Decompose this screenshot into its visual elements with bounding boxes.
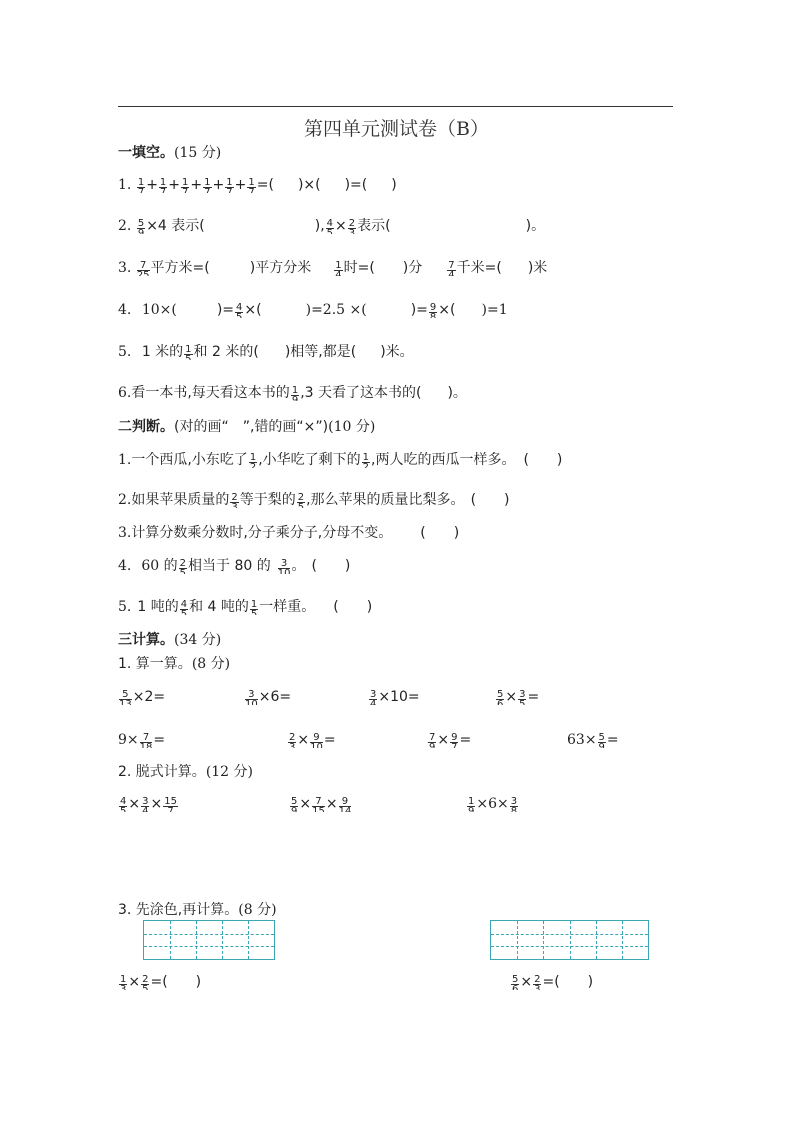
coloring-right-expression: 56×23=( ) bbox=[510, 972, 593, 992]
fraction: 34 bbox=[141, 797, 149, 812]
fill-q5: 5. 1 米的15和 2 米的()相等,都是()米。 bbox=[118, 342, 414, 362]
answer-paren[interactable]: =( ) bbox=[542, 974, 593, 990]
fraction: 59 bbox=[137, 219, 145, 234]
fraction: 17 bbox=[137, 178, 145, 193]
calc-part1-label: 1. 算一算。(8 分) bbox=[118, 654, 230, 674]
fraction: 513 bbox=[119, 690, 132, 705]
fraction: 56 bbox=[496, 690, 504, 705]
fraction: 15 bbox=[250, 600, 258, 615]
answer-paren[interactable]: =( ) bbox=[150, 974, 201, 990]
fill-q6: 6.看一本书,每天看这本书的19,3 天看了这本书的()。 bbox=[118, 383, 467, 403]
answer-paren[interactable]: ( ) bbox=[311, 558, 350, 574]
fraction: 56 bbox=[511, 975, 519, 990]
coloring-grid-left[interactable] bbox=[143, 920, 275, 960]
judge-q1: 1.一个西瓜,小东吃了12,小华吃了剩下的12,两人吃的西瓜一样多。( ) bbox=[118, 450, 562, 470]
judge-q3: 3.计算分数乘分数时,分子乘分子,分母不变。( ) bbox=[118, 523, 459, 543]
fraction: 715 bbox=[312, 797, 325, 812]
fraction: 59 bbox=[598, 733, 606, 748]
answer-paren[interactable]: ( ) bbox=[420, 525, 459, 541]
fraction: 310 bbox=[278, 559, 291, 574]
calc-item: 9×718= bbox=[118, 730, 165, 750]
fraction: 45 bbox=[180, 600, 188, 615]
fraction: 23 bbox=[230, 493, 238, 508]
fill-q3: 3. 725平方米=()平方分米14时=()分74千米=()米 bbox=[118, 258, 547, 278]
grid-dashed-line bbox=[144, 934, 274, 935]
section1-heading: 一填空。(15 分) bbox=[118, 143, 221, 163]
grid-dashed-line bbox=[596, 921, 597, 959]
grid-dashed-line bbox=[622, 921, 623, 959]
calc-item: 310×6= bbox=[244, 687, 291, 707]
page-title: 第四单元测试卷（B） bbox=[0, 114, 793, 141]
fraction: 14 bbox=[334, 261, 342, 276]
fraction: 23 bbox=[288, 733, 296, 748]
fraction: 25 bbox=[141, 975, 149, 990]
fraction: 19 bbox=[467, 797, 475, 812]
grid-dashed-line bbox=[491, 946, 648, 947]
header-rule bbox=[118, 106, 673, 107]
answer-paren[interactable]: ( ) bbox=[471, 492, 510, 508]
fraction: 45 bbox=[235, 303, 243, 318]
grid-dashed-line bbox=[222, 921, 223, 959]
fraction: 725 bbox=[137, 261, 150, 276]
coloring-left-expression: 13×25=( ) bbox=[118, 972, 201, 992]
fill-q4: 4. 10×()=45×()=2.5 ×()=98×()=1 bbox=[118, 300, 508, 320]
fraction: 17 bbox=[203, 178, 211, 193]
fraction: 15 bbox=[184, 345, 192, 360]
grid-dashed-line bbox=[517, 921, 518, 959]
calc-item: 23×910= bbox=[287, 730, 336, 750]
fraction: 19 bbox=[291, 386, 299, 401]
calc-part2-label: 2. 脱式计算。(12 分) bbox=[118, 762, 253, 782]
fraction: 74 bbox=[447, 261, 455, 276]
calc-item: 59×715×914 bbox=[289, 794, 352, 814]
calc-item: 19×6×38 bbox=[466, 794, 519, 814]
fraction: 310 bbox=[245, 690, 258, 705]
fraction: 17 bbox=[181, 178, 189, 193]
fraction: 17 bbox=[247, 178, 255, 193]
fraction: 17 bbox=[225, 178, 233, 193]
calc-item: 34×10= bbox=[368, 687, 420, 707]
fraction: 12 bbox=[362, 453, 370, 468]
fraction: 910 bbox=[310, 733, 323, 748]
judge-q4: 4.6060 的 的25相当于 80 的310。( ) bbox=[118, 556, 350, 576]
fill-q1: 1. 17+17+17+17+17+17=()×()=() bbox=[118, 175, 397, 195]
fraction: 59 bbox=[290, 797, 298, 812]
grid-dashed-line bbox=[491, 934, 648, 935]
grid-dashed-line bbox=[196, 921, 197, 959]
answer-paren[interactable]: ( ) bbox=[333, 599, 372, 615]
calc-item: 45×34×157 bbox=[118, 794, 179, 814]
fraction: 35 bbox=[518, 690, 526, 705]
fraction: 914 bbox=[339, 797, 352, 812]
judge-q2: 2.如果苹果质量的23等于梨的25,那么苹果的质量比梨多。( ) bbox=[118, 490, 510, 510]
calc-item: 79×97= bbox=[427, 730, 471, 750]
fraction: 17 bbox=[159, 178, 167, 193]
section2-heading: 二判断。(对的画“ ”,错的画“×”)(10 分) bbox=[118, 417, 375, 437]
calc-item: 513×2= bbox=[118, 687, 165, 707]
fraction: 13 bbox=[119, 975, 127, 990]
fill-q2: 2. 59×4 表示(),45×23表示()。 bbox=[118, 216, 545, 236]
grid-dashed-line bbox=[144, 946, 274, 947]
grid-dashed-line bbox=[248, 921, 249, 959]
grid-dashed-line bbox=[570, 921, 571, 959]
calc-item: 56×35= bbox=[495, 687, 539, 707]
fraction: 98 bbox=[429, 303, 437, 318]
coloring-grid-right[interactable] bbox=[490, 920, 649, 960]
fraction: 45 bbox=[326, 219, 334, 234]
fraction: 25 bbox=[297, 493, 305, 508]
fraction: 12 bbox=[249, 453, 257, 468]
fraction: 34 bbox=[369, 690, 377, 705]
fraction: 45 bbox=[119, 797, 127, 812]
fraction: 25 bbox=[179, 559, 187, 574]
fraction: 97 bbox=[450, 733, 458, 748]
fraction: 23 bbox=[348, 219, 356, 234]
answer-paren[interactable]: ( ) bbox=[523, 452, 562, 468]
calc-part3-label: 3. 先涂色,再计算。(8 分) bbox=[118, 900, 277, 920]
grid-dashed-line bbox=[170, 921, 171, 959]
calc-item: 63×59= bbox=[567, 730, 619, 750]
grid-dashed-line bbox=[543, 921, 544, 959]
fraction: 157 bbox=[163, 797, 178, 812]
section3-heading: 三计算。(34 分) bbox=[118, 630, 221, 650]
judge-q5: 5.1 吨的45和 4 吨的15一样重。( ) bbox=[118, 597, 372, 617]
fraction: 79 bbox=[428, 733, 436, 748]
fraction: 718 bbox=[140, 733, 153, 748]
fraction: 23 bbox=[533, 975, 541, 990]
fraction: 38 bbox=[510, 797, 518, 812]
